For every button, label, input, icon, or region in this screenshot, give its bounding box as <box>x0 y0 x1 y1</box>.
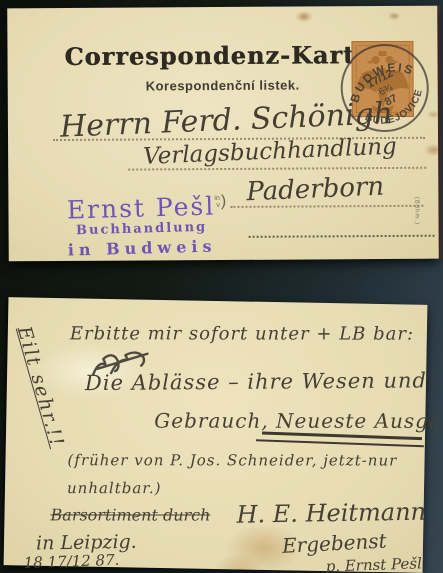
postcard-back: Eilt sehr.!! Erbitte mir sofort unter + … <box>4 297 428 573</box>
message-line-2: Die Ablässe – ihre Wesen und <box>85 368 427 395</box>
merchant-town: in Budweis <box>57 235 228 262</box>
message-line-3-underlined: Neueste Ausgabe <box>276 409 443 433</box>
date-line: 18 17/12 87. <box>23 551 119 572</box>
address-dotted-line <box>128 167 426 171</box>
address-dotted-line <box>249 235 435 238</box>
publisher-name: H. E. Heitmann <box>236 498 426 529</box>
message-line-5: unhaltbar.) <box>67 479 161 497</box>
postcard-front: Correspondenz-Karte. Korespondenční list… <box>7 6 439 262</box>
message-line-6-left: Barsortiment durch <box>51 505 211 524</box>
urgency-note: Eilt sehr.!! <box>13 324 69 450</box>
printer-edge-label: (Böhm.) <box>413 197 419 225</box>
merchant-stamp: Ernst Pešl Buchhandlung in Budweis <box>56 193 228 262</box>
address-dotted-line <box>230 205 423 208</box>
signature: p. Ernst Pešl <box>325 554 422 573</box>
photo-background: Correspondenz-Karte. Korespondenční list… <box>0 0 443 573</box>
emphasis-underline <box>256 439 424 447</box>
message-line-3-prefix: Gebrauch, <box>154 409 276 433</box>
address-town: Paderborn <box>246 172 385 208</box>
message-line-1: Erbitte mir sofort unter + LB bar: <box>70 323 414 344</box>
message-line-3: Gebrauch, Neueste Ausgabe <box>154 409 443 433</box>
closing: Ergebenst <box>281 529 387 558</box>
message-line-4: (früher von P. Jos. Schneider, jetzt-nur <box>68 451 398 469</box>
